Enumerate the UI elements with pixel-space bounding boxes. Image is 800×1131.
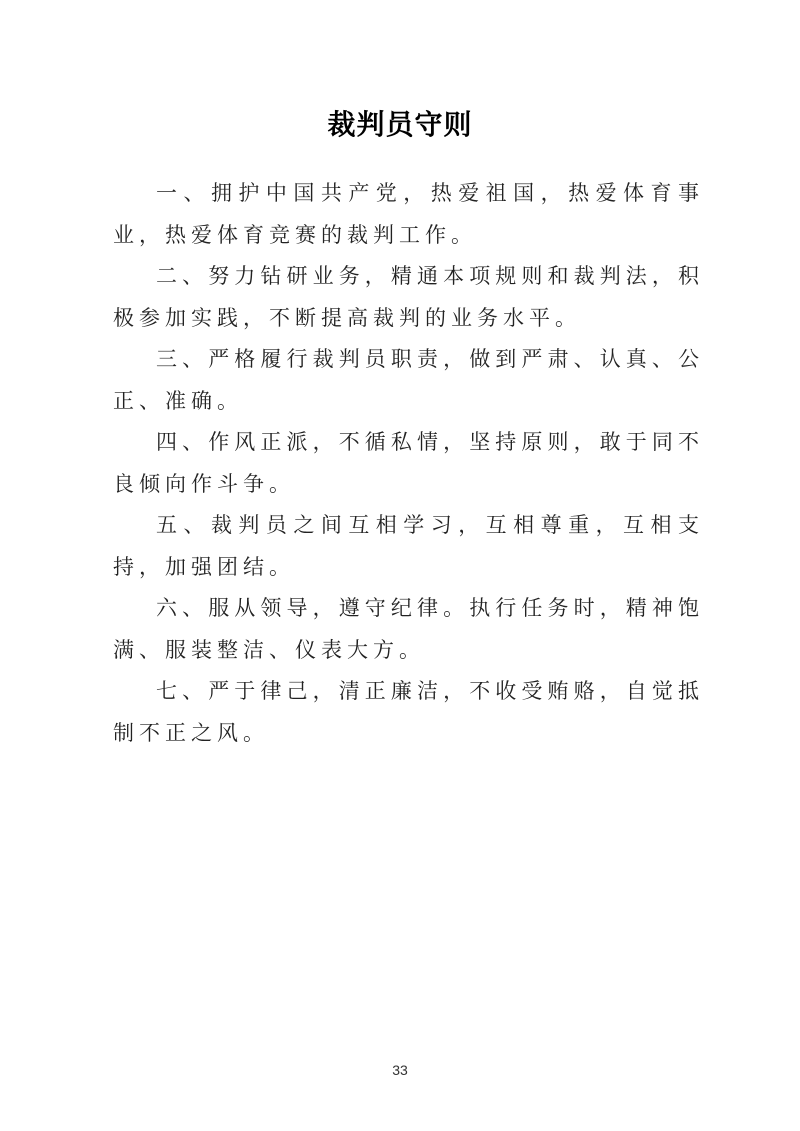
rule-paragraph-7: 七、严于律己，清正廉洁，不收受贿赂，自觉抵制不正之风。 <box>113 671 704 754</box>
rule-paragraph-3: 三、严格履行裁判员职责，做到严肃、认真、公正、准确。 <box>113 339 704 422</box>
rule-paragraph-4: 四、作风正派，不循私情，坚持原则，敢于同不良倾向作斗争。 <box>113 422 704 505</box>
document-page: 裁判员守则 一、拥护中国共产党，热爱祖国，热爱体育事业，热爱体育竞赛的裁判工作。… <box>0 0 800 1131</box>
document-body: 一、拥护中国共产党，热爱祖国，热爱体育事业，热爱体育竞赛的裁判工作。 二、努力钻… <box>0 173 800 754</box>
rule-paragraph-6: 六、服从领导，遵守纪律。执行任务时，精神饱满、服装整洁、仪表大方。 <box>113 588 704 671</box>
rule-paragraph-1: 一、拥护中国共产党，热爱祖国，热爱体育事业，热爱体育竞赛的裁判工作。 <box>113 173 704 256</box>
rule-paragraph-2: 二、努力钻研业务，精通本项规则和裁判法，积极参加实践，不断提高裁判的业务水平。 <box>113 256 704 339</box>
rule-paragraph-5: 五、裁判员之间互相学习，互相尊重，互相支持，加强团结。 <box>113 505 704 588</box>
page-number: 33 <box>0 1062 800 1078</box>
page-title: 裁判员守则 <box>0 108 800 142</box>
